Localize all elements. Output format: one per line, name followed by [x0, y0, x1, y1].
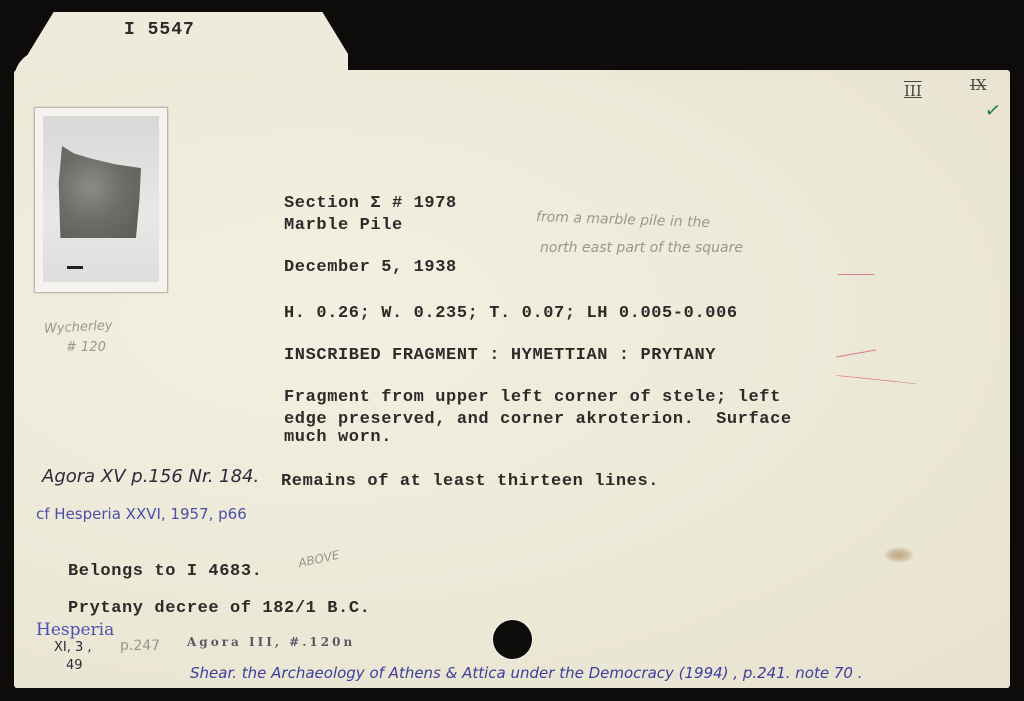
hesperia-volume: XI, 3 ,	[54, 640, 92, 655]
find-date: December 5, 1938	[284, 258, 457, 277]
pencil-wycherley-number: # 120	[66, 340, 106, 355]
hesperia-number: 49	[66, 658, 83, 673]
fragment-photo	[43, 116, 159, 282]
pencil-findspot-note-2: north east part of the square	[540, 240, 743, 256]
hesperia-stamp: Hesperia	[36, 620, 114, 640]
belongs-to: Belongs to I 4683.	[68, 562, 262, 581]
classification: INSCRIBED FRAGMENT : HYMETTIAN : PRYTANY	[284, 346, 716, 365]
roman-numeral-mark: III	[904, 82, 922, 100]
card-stain	[884, 547, 914, 563]
decree-date: Prytany decree of 182/1 B.C.	[68, 599, 370, 618]
description-line-2: edge preserved, and corner akroterion. S…	[284, 410, 792, 429]
pencil-page-number: p.247	[120, 638, 160, 654]
scale-bar	[67, 266, 83, 269]
agora-xv-reference: Agora XV p.156 Nr. 184.	[42, 466, 259, 487]
photo-mount	[34, 107, 168, 293]
findspot: Marble Pile	[284, 216, 403, 235]
description-line-1: Fragment from upper left corner of stele…	[284, 388, 781, 407]
dimensions: H. 0.26; W. 0.235; T. 0.07; LH 0.005-0.0…	[284, 304, 738, 323]
section-number: Section Σ # 1978	[284, 194, 457, 213]
remains-note: Remains of at least thirteen lines.	[281, 472, 659, 491]
marble-fragment-image	[57, 146, 141, 238]
catalog-number: I 5547	[124, 20, 195, 40]
shear-reference: Shear. the Archaeology of Athens & Attic…	[190, 664, 862, 682]
punch-hole	[493, 620, 532, 659]
red-pencil-mark	[838, 274, 874, 275]
struck-roman-numeral-mark: IX	[970, 76, 987, 94]
hesperia-cf-reference: cf Hesperia XXVI, 1957, p66	[36, 505, 247, 523]
description-line-3: much worn.	[284, 428, 392, 447]
agora-iii-stamp: Agora III, #.120n	[187, 635, 355, 649]
